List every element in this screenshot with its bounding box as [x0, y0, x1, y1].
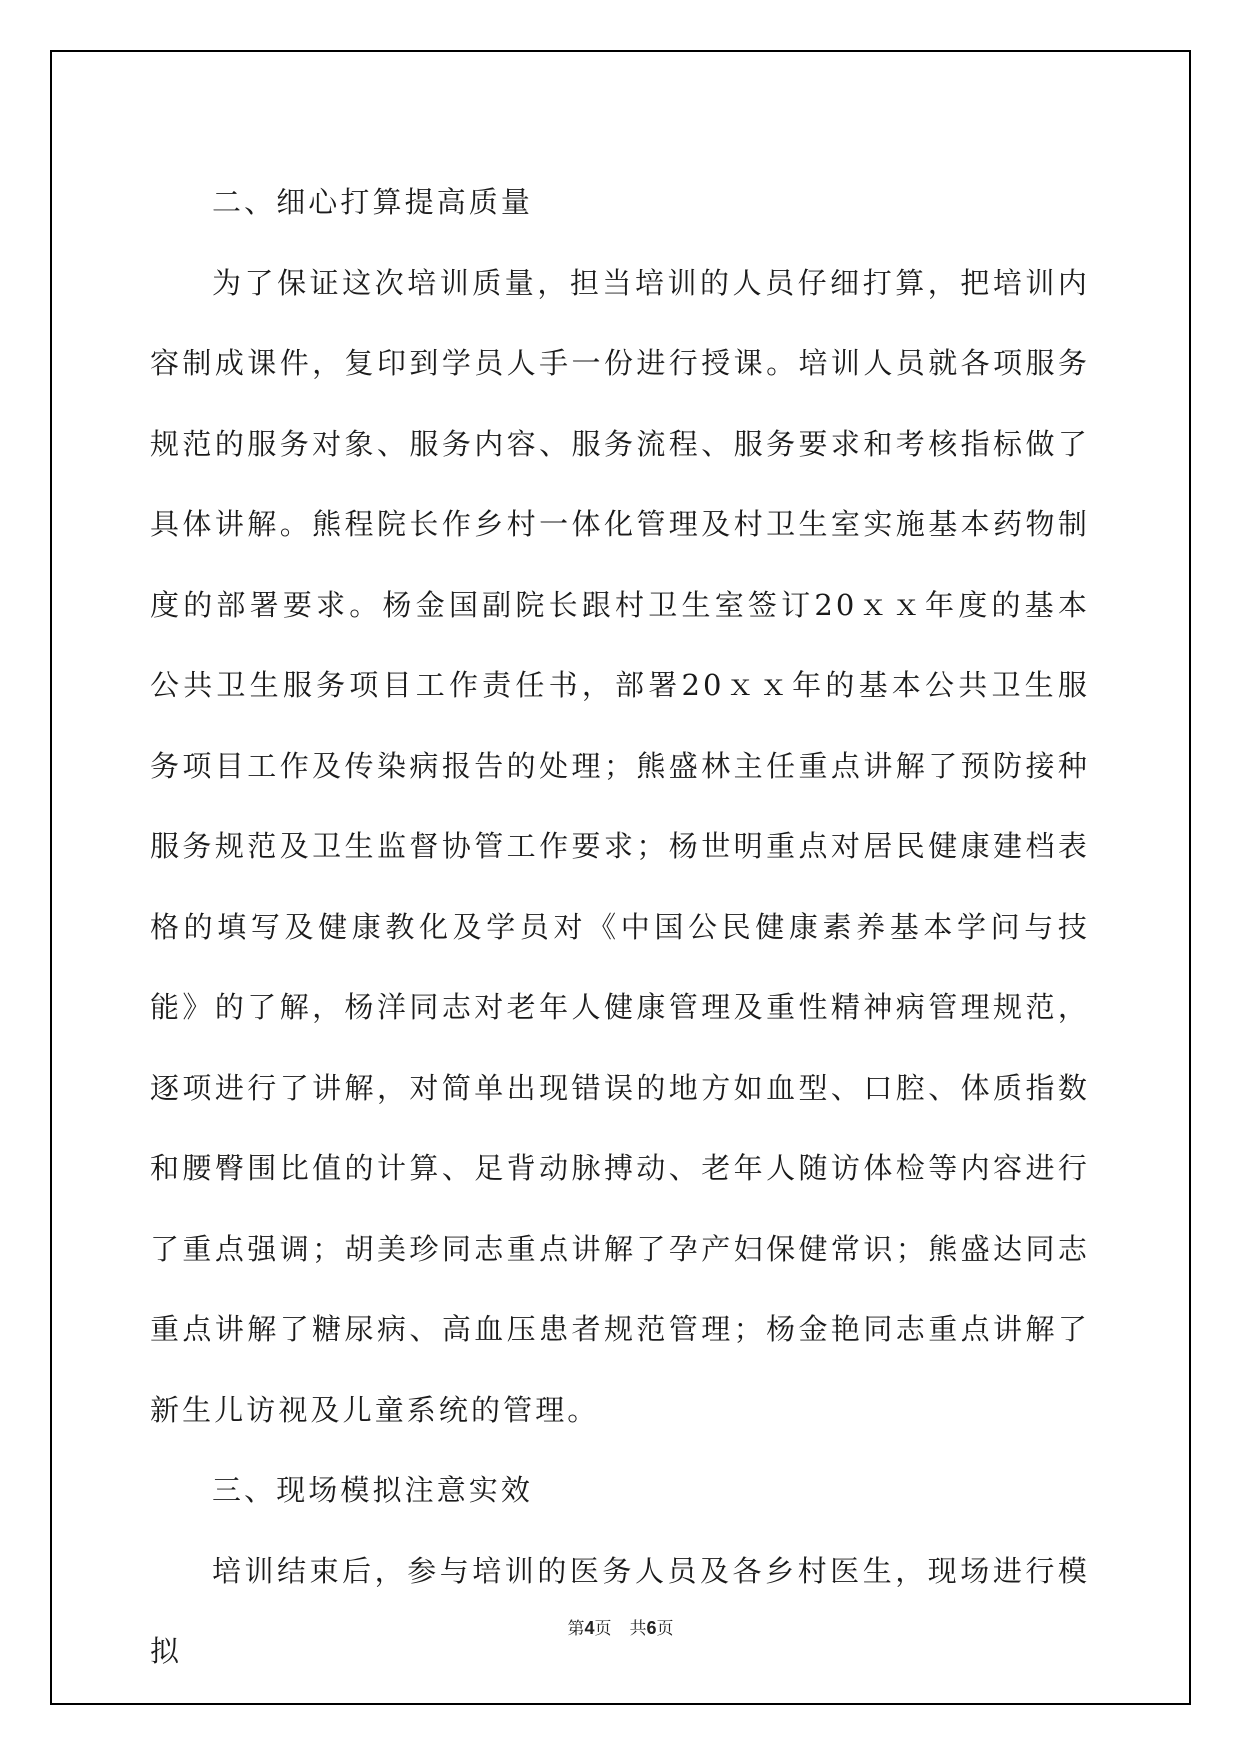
document-body: 二、细心打算提高质量 为了保证这次培训质量，担当培训的人员仔细打算，把培训内容制… — [150, 162, 1090, 1692]
total-prefix: 共 — [630, 1619, 647, 1639]
section-heading-3: 三、现场模拟注意实效 — [150, 1450, 1090, 1531]
total-suffix: 页 — [657, 1619, 674, 1639]
current-page-number: 4 — [584, 1618, 594, 1638]
body-paragraph-training-details: 为了保证这次培训质量，担当培训的人员仔细打算，把培训内容制成课件，复印到学员人手… — [150, 243, 1090, 1451]
body-paragraph-simulation: 培训结束后，参与培训的医务人员及各乡村医生，现场进行模拟 — [150, 1531, 1090, 1692]
page-footer: 第4页共6页 — [0, 1614, 1241, 1639]
total-pages-number: 6 — [647, 1618, 657, 1638]
page-suffix: 页 — [595, 1619, 612, 1639]
section-heading-2: 二、细心打算提高质量 — [150, 162, 1090, 243]
page-prefix: 第 — [567, 1619, 584, 1639]
